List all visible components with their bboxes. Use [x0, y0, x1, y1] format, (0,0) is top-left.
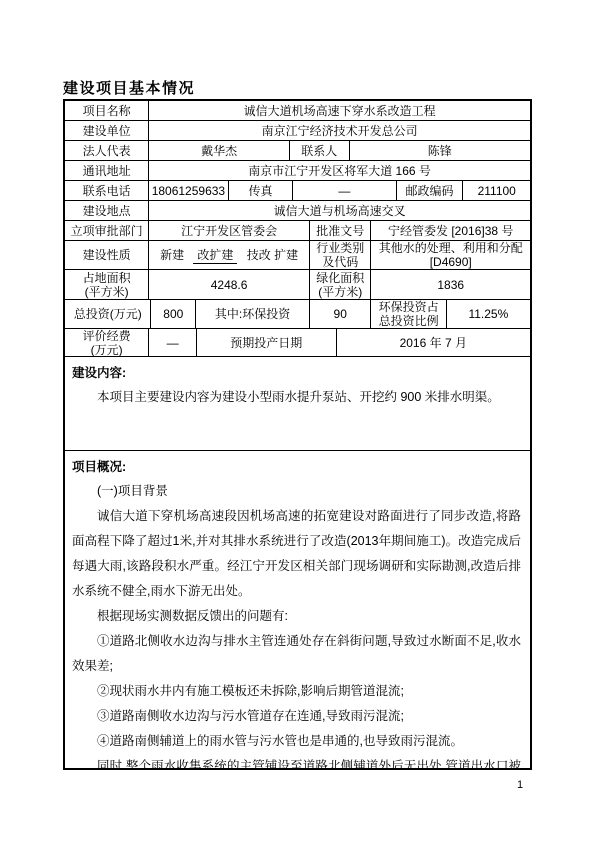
- land-area-label-cell: 占地面积 (平方米): [65, 270, 149, 299]
- table-row-area: 占地面积 (平方米) 4248.6 绿化面积 (平方米) 1836: [65, 270, 530, 300]
- fax-label: 传真: [229, 181, 294, 200]
- approval-dept-value: 江宁开发区管委会: [149, 221, 310, 240]
- legal-rep-label: 法人代表: [65, 141, 149, 160]
- eval-cost-value: —: [149, 329, 197, 356]
- fax-value: —: [293, 181, 396, 200]
- table-row-investment: 总投资(万元) 800 其中:环保投资 90 环保投资占 总投资比例 11.25…: [65, 300, 530, 329]
- table-row-project-name: 项目名称 诚信大道机场高速下穿水系改造工程: [65, 101, 530, 121]
- builder-label: 建设单位: [65, 121, 149, 140]
- nature-option-selected: 改扩建: [193, 248, 237, 264]
- green-area-label-line1: 绿化面积: [316, 271, 364, 285]
- contact-label: 联系人: [290, 141, 350, 160]
- green-area-label-cell: 绿化面积 (平方米): [310, 270, 371, 299]
- production-date-label: 预期投产日期: [197, 329, 337, 356]
- industry-label-line2: 及代码: [322, 255, 358, 269]
- approval-doc-value: 宁经管委发 [2016]38 号: [371, 221, 530, 240]
- industry-value-line2: [D4690]: [430, 255, 472, 269]
- total-investment-label: 总投资(万元): [65, 300, 151, 328]
- legal-rep-value: 戴华杰: [149, 141, 290, 160]
- postcode-label: 邮政编码: [397, 181, 464, 200]
- env-ratio-label-line1: 环保投资占: [379, 300, 439, 314]
- project-info-table: 项目名称 诚信大道机场高速下穿水系改造工程 建设单位 南京江宁经济技术开发总公司…: [63, 99, 532, 770]
- table-row-nature: 建设性质 新建 改扩建 技改 扩建 行业类别 及代码 其他水的处理、利用和分配 …: [65, 241, 530, 270]
- document-page: 建设项目基本情况 项目名称 诚信大道机场高速下穿水系改造工程 建设单位 南京江宁…: [0, 0, 595, 842]
- site-value: 诚信大道与机场高速交叉: [149, 201, 530, 220]
- construction-content-heading: 建设内容:: [72, 363, 521, 383]
- address-label: 通讯地址: [65, 161, 149, 180]
- table-row-address: 通讯地址 南京市江宁开发区将军大道 166 号: [65, 161, 530, 181]
- total-investment-value: 800: [151, 300, 196, 328]
- construction-content-section: 建设内容: 本项目主要建设内容为建设小型雨水提升泵站、开挖约 900 米排水明渠…: [65, 357, 530, 451]
- land-area-label-line2: (平方米): [85, 285, 129, 299]
- postcode-value: 211100: [463, 181, 530, 200]
- table-row-legal-rep: 法人代表 戴华杰 联系人 陈锋: [65, 141, 530, 161]
- table-row-approval: 立项审批部门 江宁开发区管委会 批准文号 宁经管委发 [2016]38 号: [65, 221, 530, 241]
- green-area-label-line2: (平方米): [318, 285, 362, 299]
- industry-label-cell: 行业类别 及代码: [310, 241, 371, 269]
- overview-paragraph: 根据现场实测数据反馈出的问题有:: [72, 604, 521, 629]
- nature-label: 建设性质: [65, 241, 149, 269]
- overview-paragraph: ①道路北侧收水边沟与排水主管连通处存在斜街问题,导致过水断面不足,收水效果差;: [72, 629, 521, 679]
- address-value: 南京市江宁开发区将军大道 166 号: [149, 161, 530, 180]
- phone-value: 18061259633: [149, 181, 229, 200]
- overview-paragraph: ④道路南侧辅道上的雨水管与污水管也是串通的,也导致雨污混流。: [72, 729, 521, 754]
- approval-doc-label: 批准文号: [310, 221, 371, 240]
- nature-option-new: 新建: [160, 248, 184, 262]
- industry-value-line1: 其他水的处理、利用和分配: [379, 241, 523, 255]
- nature-options: 新建 改扩建 技改 扩建: [157, 248, 301, 262]
- green-area-value: 1836: [371, 270, 530, 299]
- builder-value: 南京江宁经济技术开发总公司: [149, 121, 530, 140]
- table-row-eval-cost: 评价经费 (万元) — 预期投产日期 2016 年 7 月: [65, 329, 530, 357]
- project-overview-heading: 项目概况:: [72, 457, 521, 477]
- eval-cost-label-line2: (万元): [91, 343, 123, 357]
- env-ratio-value: 11.25%: [447, 300, 530, 328]
- overview-paragraph: ③道路南侧收水边沟与污水管道存在连通,导致雨污混流;: [72, 704, 521, 729]
- project-overview-section: 项目概况: (一)项目背景 诚信大道下穿机场高速段因机场高速的拓宽建设对路面进行…: [65, 451, 530, 768]
- table-row-site: 建设地点 诚信大道与机场高速交叉: [65, 201, 530, 221]
- page-title: 建设项目基本情况: [63, 77, 195, 98]
- overview-paragraph: ②现状雨水井内有施工模板还未拆除,影响后期管道混流;: [72, 679, 521, 704]
- table-row-phone: 联系电话 18061259633 传真 — 邮政编码 211100: [65, 181, 530, 201]
- land-area-value: 4248.6: [149, 270, 310, 299]
- construction-content-paragraph: 本项目主要建设内容为建设小型雨水提升泵站、开挖约 900 米排水明渠。: [72, 385, 521, 410]
- industry-value-cell: 其他水的处理、利用和分配 [D4690]: [371, 241, 530, 269]
- phone-label: 联系电话: [65, 181, 149, 200]
- page-number: 1: [517, 779, 523, 791]
- eval-cost-label-line1: 评价经费: [83, 329, 131, 343]
- nature-options-cell: 新建 改扩建 技改 扩建: [149, 241, 310, 269]
- eval-cost-label-cell: 评价经费 (万元): [65, 329, 149, 356]
- industry-label-line1: 行业类别: [316, 241, 364, 255]
- project-name-label: 项目名称: [65, 101, 149, 120]
- env-investment-value: 90: [310, 300, 371, 328]
- production-date-value: 2016 年 7 月: [337, 329, 530, 356]
- overview-paragraph: 诚信大道下穿机场高速段因机场高速的拓宽建设对路面进行了同步改造,将路面高程下降了…: [72, 504, 521, 604]
- site-label: 建设地点: [65, 201, 149, 220]
- contact-value: 陈锋: [350, 141, 530, 160]
- approval-dept-label: 立项审批部门: [65, 221, 149, 240]
- table-row-builder: 建设单位 南京江宁经济技术开发总公司: [65, 121, 530, 141]
- overview-paragraph: 同时,整个雨水收集系统的主管铺设至道路北侧辅道外后无出处,管道出水口被填: [72, 754, 521, 768]
- project-overview-subheading: (一)项目背景: [72, 479, 521, 504]
- nature-option-others: 技改 扩建: [247, 248, 298, 262]
- env-ratio-label-cell: 环保投资占 总投资比例: [371, 300, 446, 328]
- env-ratio-label-line2: 总投资比例: [379, 314, 439, 328]
- land-area-label-line1: 占地面积: [83, 271, 131, 285]
- env-investment-label: 其中:环保投资: [196, 300, 310, 328]
- project-name-value: 诚信大道机场高速下穿水系改造工程: [149, 101, 530, 120]
